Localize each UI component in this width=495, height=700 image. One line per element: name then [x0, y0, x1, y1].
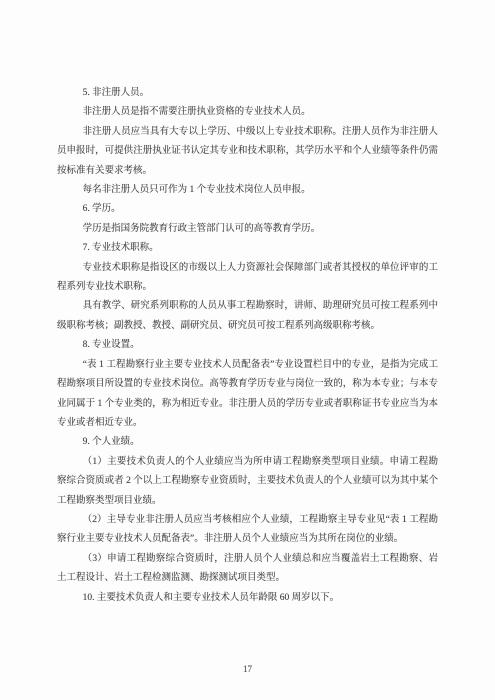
document-text-block: 5. 非注册人员。 非注册人员是指不需要注册执业资格的专业技术人员。 非注册人员… — [57, 84, 438, 608]
paragraph: 非注册人员应当具有大专以上学历、中级以上专业技术职称。注册人员作为非注册人员申报… — [57, 123, 438, 181]
paragraph: （1）主要技术负责人的个人业绩应当为所申请工程勘察类型项目业绩。申请工程勘察综合… — [57, 453, 438, 511]
paragraph-item-5-heading: 5. 非注册人员。 — [57, 84, 438, 103]
page-number: 17 — [0, 664, 495, 674]
paragraph: 学历是指国务院教育行政主管部门认可的高等教育学历。 — [57, 220, 438, 239]
paragraph-item-8-heading: 8. 专业设置。 — [57, 336, 438, 355]
paragraph: 专业技术职称是指设区的市级以上人力资源社会保障部门或者其授权的单位评审的工程系列… — [57, 259, 438, 298]
paragraph: （3）申请工程勘察综合资质时，注册人员个人业绩总和应当覆盖岩土工程勘察、岩土工程… — [57, 550, 438, 589]
paragraph-item-10: 10. 主要技术负责人和主要专业技术人员年龄限 60 周岁以下。 — [57, 589, 438, 608]
paragraph: “表 1 工程勘察行业主要专业技术人员配备表”专业设置栏目中的专业，是指为完成工… — [57, 356, 438, 434]
paragraph: 具有教学、研究系列职称的人员从事工程勘察时，讲师、助理研究员可按工程系列中级职称… — [57, 297, 438, 336]
paragraph: （2）主导专业非注册人员应当考核相应个人业绩，工程勘察主导专业见“表 1 工程勘… — [57, 511, 438, 550]
document-page: 5. 非注册人员。 非注册人员是指不需要注册执业资格的专业技术人员。 非注册人员… — [0, 0, 495, 700]
paragraph-item-6-heading: 6. 学历。 — [57, 200, 438, 219]
paragraph: 每名非注册人员只可作为 1 个专业技术岗位人员申报。 — [57, 181, 438, 200]
paragraph: 非注册人员是指不需要注册执业资格的专业技术人员。 — [57, 103, 438, 122]
paragraph-item-9-heading: 9. 个人业绩。 — [57, 433, 438, 452]
paragraph-item-7-heading: 7. 专业技术职称。 — [57, 239, 438, 258]
